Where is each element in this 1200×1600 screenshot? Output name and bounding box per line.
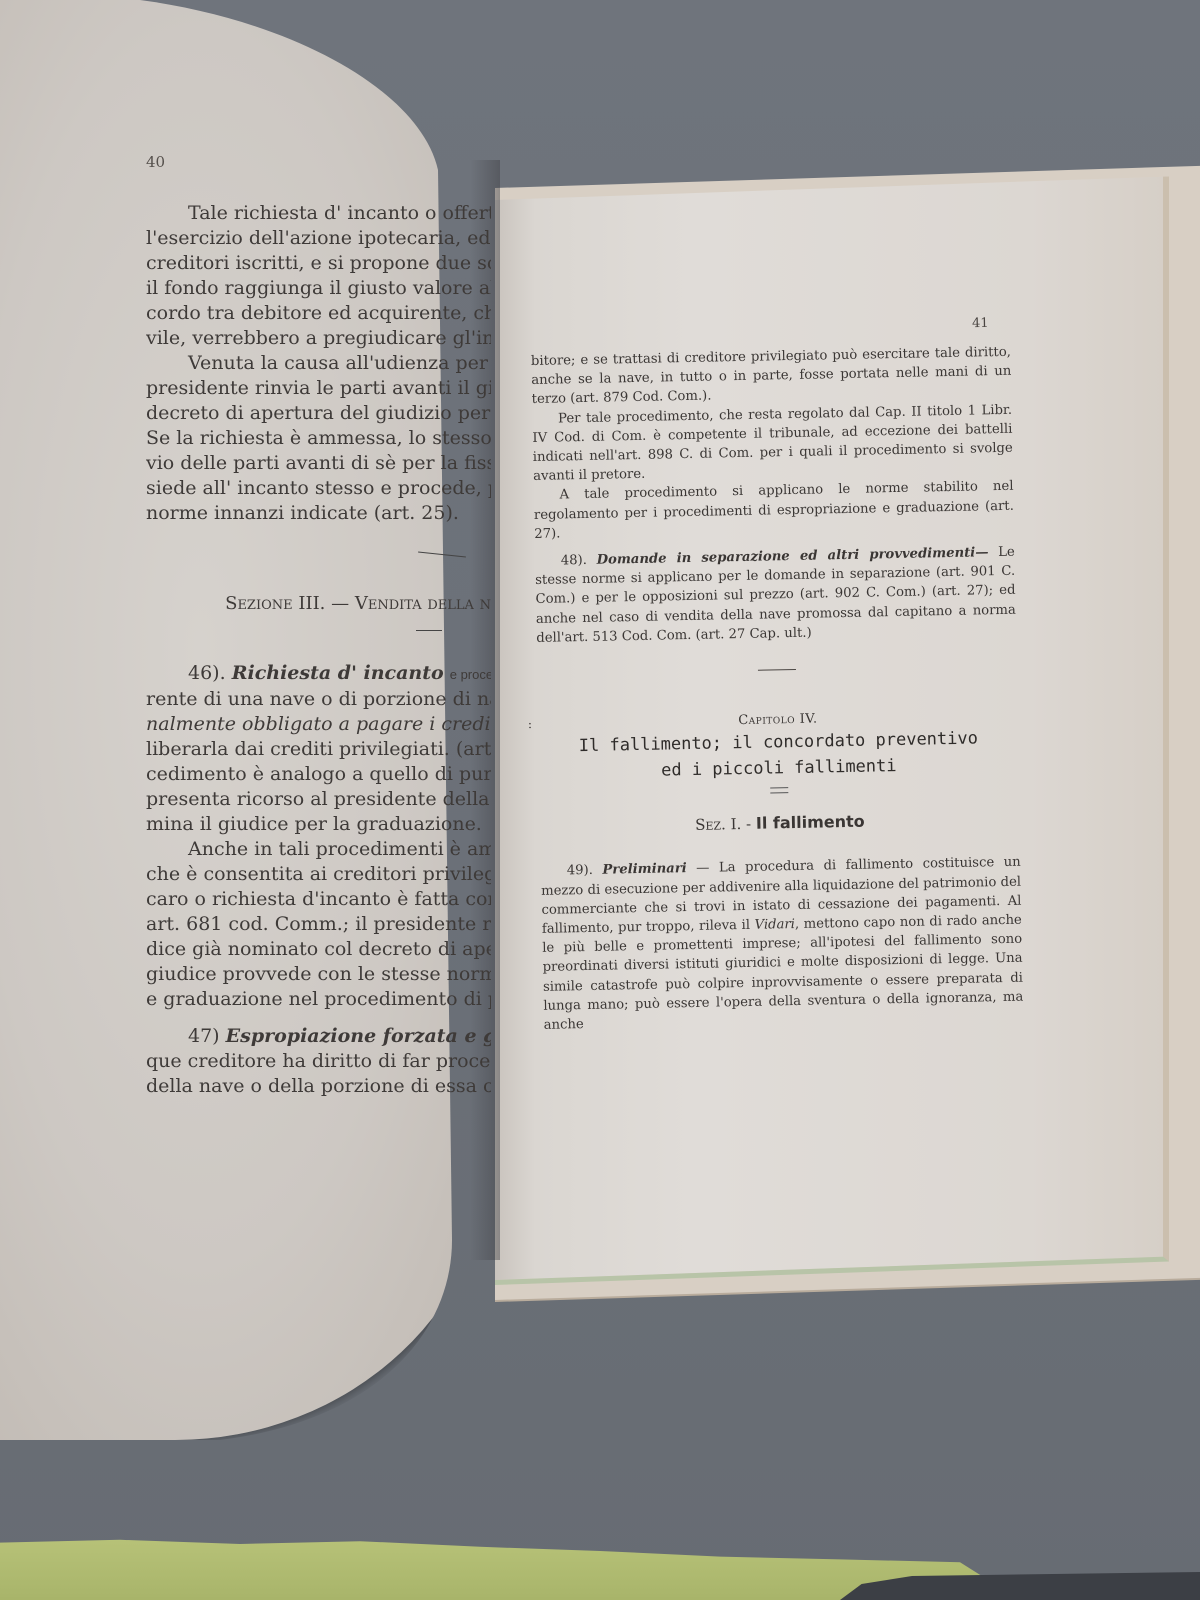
left-page-content: 40 Tale richiesta d' incanto o offerta d…: [146, 150, 491, 1099]
section-name: Il fallimento: [756, 812, 865, 833]
separator-rule-short: [416, 630, 442, 631]
paragraph-46-heading: 46). Richiesta d' incanto e procedimento: [146, 661, 491, 687]
text-line: decreto di apertura del giudizio perchè: [146, 401, 491, 426]
text-line: Se la richiesta è ammessa, lo stesso giu…: [146, 426, 491, 451]
paragraph-48: 48). Domande in separazione ed altri pro…: [535, 543, 1017, 648]
section-heading: Sezione III. — Vendita della n: [146, 591, 491, 616]
text-line: cordo tra debitore ed acquirente, che: [146, 301, 491, 326]
text-line: dice già nominato col decreto di apertur…: [146, 937, 491, 962]
double-rule: [770, 787, 788, 793]
text-line: giudice provvede con le stesse norme sta…: [146, 962, 491, 987]
separator-rule: [758, 669, 796, 671]
text-line: il fondo raggiunga il giusto valore all'…: [146, 276, 491, 301]
section-prefix: Sez. I. -: [695, 815, 751, 834]
text-line: caro o richiesta d'incanto è fatta con c…: [146, 887, 491, 912]
text-line: della nave o della porzione di essa che …: [146, 1074, 491, 1099]
text-line: siede all' incanto stesso e procede, poi…: [146, 476, 491, 501]
text-line: vio delle parti avanti di sè per la fiss…: [146, 451, 491, 476]
paragraph-heading: Espropiazione forzata e gradua: [226, 1025, 491, 1047]
page-number-left: 40: [146, 150, 491, 175]
text-line: Anche in tali procedimenti è ammesso l: [146, 837, 491, 862]
paragraph-number: 46).: [188, 662, 226, 684]
section-title: Sez. I. - Il fallimento: [540, 809, 1020, 838]
paragraph-heading: Richiesta d' incanto: [232, 662, 444, 684]
text-line: liberarla dai crediti privilegiati. (art…: [146, 737, 491, 762]
text-line: Tale richiesta d' incanto o offerta di: [146, 201, 491, 226]
paragraph-procedimento: Per tale procedimento, che resta regolat…: [532, 400, 1013, 486]
text-line: mina il giudice per la graduazione.: [146, 812, 491, 837]
paragraph-heading: Preliminari: [602, 862, 687, 879]
stray-mark: :: [528, 715, 532, 734]
text-line: norme innanzi indicate (art. 25).: [146, 501, 491, 526]
paragraph-continued: bitore; e se trattasi di creditore privi…: [531, 343, 1012, 410]
paragraph-norme: A tale procedimento si applicano le norm…: [533, 477, 1014, 544]
text-line: e procedimento: [450, 667, 491, 682]
text-line: nalmente obbligato a pagare i creditori …: [146, 712, 491, 737]
paragraph-49: 49). Preliminari — La procedura di falli…: [541, 853, 1024, 1035]
text-line: Venuta la causa all'udienza per la d: [146, 351, 491, 376]
text-line: presidente rinvia le parti avanti il giu…: [146, 376, 491, 401]
paragraph-number: 47): [188, 1025, 220, 1047]
text-line: l'esercizio dell'azione ipotecaria, ed è…: [146, 226, 491, 251]
paragraph-number: 48).: [561, 553, 587, 568]
text-line: rente di una nave o di porzione di nave,…: [146, 687, 491, 712]
em-dash: —: [687, 861, 720, 877]
text-line: art. 681 cod. Comm.; il presidente rinvi…: [146, 912, 491, 937]
text-line: cedimento è analogo a quello di purgazio…: [146, 762, 491, 787]
right-page-content: bitore; e se trattasi di creditore privi…: [530, 301, 1024, 1035]
text-line: presenta ricorso al presidente della sez…: [146, 787, 491, 812]
separator-rule: [418, 551, 466, 557]
text-line: creditori iscritti, e si propone due sco…: [146, 251, 491, 276]
author-name: Vidari: [754, 917, 795, 933]
text-line: que creditore ha diritto di far proceder…: [146, 1049, 491, 1074]
text-line: che è consentita ai creditori privilegia…: [146, 862, 491, 887]
text-line: vile, verrebbero a pregiudicare gl'inter…: [146, 326, 491, 351]
text-line: e graduazione nel procedimento di purgaz…: [146, 987, 491, 1012]
paragraph-47-heading: 47) Espropiazione forzata e gradua: [146, 1024, 491, 1049]
paragraph-number: 49).: [567, 863, 593, 878]
